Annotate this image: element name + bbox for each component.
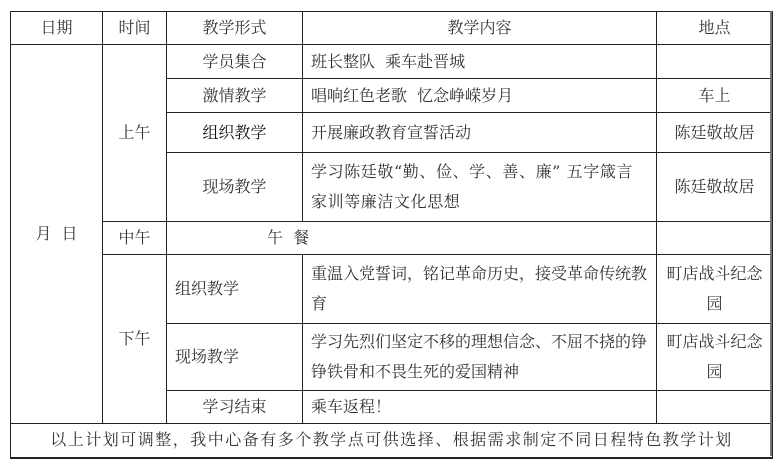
table-row: 月日 上午 学员集合 班长整队 乘车赴晋城 [11,45,773,79]
location-cell [657,391,773,424]
location-cell: 町店战斗纪念园 [657,255,773,324]
schedule-table: 日期 时间 教学形式 教学内容 地点 月日 上午 学员集合 班长整队 乘车赴晋城… [10,11,773,459]
form-cell: 激情教学 [167,79,303,113]
noon-content: 午 餐 [167,222,657,255]
content-cell: 唱响红色老歌 忆念峥嵘岁月 [303,79,657,113]
location-cell [657,45,773,79]
location-cell: 町店战斗纪念园 [657,324,773,391]
date-day: 日 [62,224,78,243]
content-cell: 重温入党誓词，铭记革命历史，接受革命传统教育 [303,255,657,324]
form-cell: 现场教学 [167,324,303,391]
content-cell: 乘车返程！ [303,391,657,424]
footer-row: 以上计划可调整，我中心备有多个教学点可供选择、根据需求制定不同日程特色教学计划 [11,424,773,458]
content-cell: 学习先烈们坚定不移的理想信念、不屈不挠的铮铮铁骨和不畏生死的爱国精神 [303,324,657,391]
period-noon: 中午 [103,222,167,255]
header-content: 教学内容 [303,12,657,45]
form-cell: 学习结束 [167,391,303,424]
location-cell [657,222,773,255]
header-time: 时间 [103,12,167,45]
date-month: 月 [35,224,51,243]
footer-note: 以上计划可调整，我中心备有多个教学点可供选择、根据需求制定不同日程特色教学计划 [11,424,773,458]
location-cell: 陈廷敬故居 [657,153,773,222]
location-cell: 车上 [657,79,773,113]
content-cell: 班长整队 乘车赴晋城 [303,45,657,79]
form-cell: 现场教学 [167,153,303,222]
location-cell: 陈廷敬故居 [657,113,773,153]
header-location: 地点 [657,12,773,45]
date-cell: 月日 [11,45,103,424]
table-right-edge [770,11,772,456]
table-row: 下午 组织教学 重温入党誓词，铭记革命历史，接受革命传统教育 町店战斗纪念园 [11,255,773,324]
form-cell: 组织教学 [167,255,303,324]
header-row: 日期 时间 教学形式 教学内容 地点 [11,12,773,45]
period-afternoon: 下午 [103,255,167,424]
form-cell: 学员集合 [167,45,303,79]
table-row-noon: 中午 午 餐 [11,222,773,255]
form-cell: 组织教学 [167,113,303,153]
content-cell: 学习陈廷敬“勤、俭、学、善、廉” 五字箴言家训等廉洁文化思想 [303,153,657,222]
header-date: 日期 [11,12,103,45]
period-morning: 上午 [103,45,167,222]
content-cell: 开展廉政教育宣誓活动 [303,113,657,153]
header-form: 教学形式 [167,12,303,45]
